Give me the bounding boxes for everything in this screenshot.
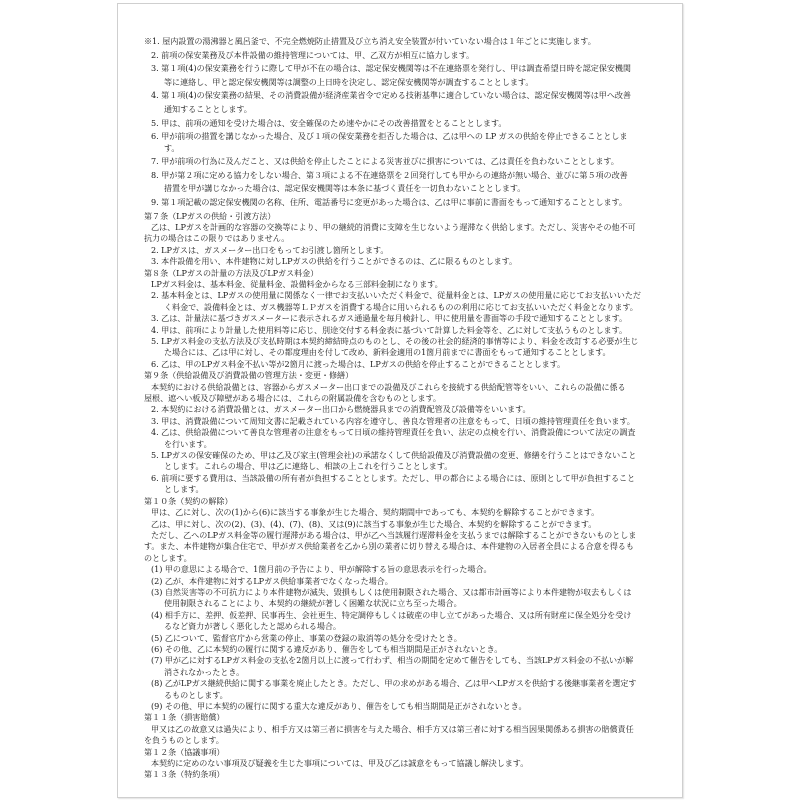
article-heading: 第１３条（特約条項） [144, 769, 666, 780]
text-line: 本契約に定めのない事項及び疑義を生じた事項については、甲及び乙は誠意をもって協議… [144, 758, 666, 769]
document-page: ※1. 屋内設置の湯沸器と風呂釜で、不完全燃焼防止措置及び立ち消え安全装置が付い… [117, 3, 683, 798]
text-line: 4. 乙は、供給設備について善良な管理者の注意をもって日頃の維持管理責任を負い、… [144, 427, 666, 438]
text-line: 4. 甲は、前項により計量した使用料等に応じ、別途交付する料金表に基づいて計算し… [144, 325, 666, 336]
article-heading: 第９条（供給設備及び消費設備の管理方法・変更・修繕） [144, 370, 666, 381]
text-line: 甲は、乙に対し、次の(1)から(6)に該当する事象が生じた場合、契約期間中であっ… [144, 507, 666, 518]
text-line: ただし、乙へのLPガス料金等の履行遅滞がある場合は、甲が乙へ当該履行遅滞料金を支… [144, 530, 666, 541]
text-line: 甲又は乙の故意又は過失により、相手方又は第三者に損害を与えた場合、相手方又は第三… [144, 724, 666, 735]
text-line: (3) 自然災害等の不可抗力により本件建物が滅失、毀損もしくは使用制限された場合… [144, 587, 666, 598]
article-heading: 第１０条（契約の解除） [144, 496, 666, 507]
text-line: (2) 乙が、本件建物に対するLPガス供給事業者でなくなった場合。 [144, 576, 666, 587]
text-line: 5. LPガスの保安確保のため、甲は乙及び家主(管理会社)の承諾なくして供給設備… [144, 450, 666, 461]
article-heading: 第１１条（損害賠償） [144, 712, 666, 723]
text-line: のとします。 [144, 553, 666, 564]
text-line: く料金で、設備料金とは、ガス機器等ＬＰガスを消費する場合に用いられるものの利用に… [144, 302, 666, 313]
text-line: 3. 本件設備を用い、本件建物に対しLPガスの供給を行うことができるのは、乙に限… [144, 256, 666, 267]
text-line: るものとします。 [144, 690, 666, 701]
text-line: 4. 第１項(4)の保安業務の結果、その消費設備が経済産業省令で定める技術基準に… [144, 90, 666, 101]
text-line: (1) 甲の意思による場合で、1箇月前の予告により、甲が解除する旨の意思表示を行… [144, 564, 666, 575]
contract-body-text: ※1. 屋内設置の湯沸器と風呂釜で、不完全燃焼防止措置及び立ち消え安全装置が付い… [144, 36, 666, 781]
text-line: 7. 甲が前項の行為に及んだこと、又は供給を停止したことによる災害並びに損害につ… [144, 156, 666, 167]
text-line: 使用制限されることにより、本契約の継続が著しく困難な状況に立ち至った場合。 [144, 598, 666, 609]
text-line: (9) その他、甲に本契約の履行に関する重大な違反があり、催告をしても相当期間是… [144, 701, 666, 712]
text-line: るなど資力が著しく悪化したと認められる場合。 [144, 621, 666, 632]
text-line: 6. 前項に要する費用は、当該設備の所有者が負担することとします。ただし、甲の都… [144, 473, 666, 484]
text-line: 2. 基本料金とは、LPガスの使用量に関係なく一律でお支払いいただく料金で、従量… [144, 290, 666, 301]
text-line: 8. 甲が第２項に定める協力をしない場合、第３項による不在連絡票を２回発行しても… [144, 170, 666, 181]
text-line: 抗力の場合はこの限りではありません。 [144, 233, 666, 244]
text-line: 消されなかったとき。 [144, 667, 666, 678]
text-line: す。 [144, 143, 666, 154]
text-line: 乙は、LPガスを計画的な容器の交換等により、甲の継続的消費に支障を生じないよう遅… [144, 222, 666, 233]
text-line: を行います。 [144, 439, 666, 450]
text-line: (8) 乙がLPガス継続供給に関する事業を廃止したとき。ただし、甲の求めがある場… [144, 678, 666, 689]
text-line: 乙は、甲に対し、次の(2)、(3)、(4)、(7)、(8)、又は(9)に該当する… [144, 519, 666, 530]
text-line: を負うものとします。 [144, 735, 666, 746]
text-line: (4) 相手方に、差押、仮差押、民事再生、会社更生、特定調停もしくは破産の申し立… [144, 610, 666, 621]
text-line: 9. 第１項記載の認定保安機関の名称、住所、電話番号に変更があった場合は、乙は甲… [144, 197, 666, 208]
text-line: とします。これらの場合、甲は乙に連絡し、相談の上これを行うこととします。 [144, 461, 666, 472]
text-line: 6. 甲が前項の措置を講じなかった場合、及び１項の保安業務を拒否した場合は、乙は… [144, 131, 666, 142]
text-line: 2. 前項の保安業務及び本件設備の維持管理については、甲、乙双方が相互に協力しま… [144, 50, 666, 61]
article-heading: 第７条（LPガスの供給・引渡方法） [144, 211, 666, 222]
text-line: 2. 本契約における消費設備とは、ガスメーター出口から燃焼器具までの消費配管及び… [144, 404, 666, 415]
text-line: LPガス料金は、基本料金、従量料金、設備料金からなる三部料金制になります。 [144, 279, 666, 290]
article-heading: 第８条（LPガスの計量の方法及びLPガス料金） [144, 268, 666, 279]
text-line: す。また、本件建物が集合住宅で、甲がガス供給業者を乙から別の業者に切り替える場合… [144, 541, 666, 552]
text-line: 3. 乙は、計量法に基づきガスメーターに表示されるガス通過量を毎月検針し、甲に使… [144, 313, 666, 324]
text-line: ※1. 屋内設置の湯沸器と風呂釜で、不完全燃焼防止措置及び立ち消え安全装置が付い… [144, 36, 666, 47]
text-line: 3. 第１項(4)の保安業務を行うに際して甲が不在の場合は、認定保安機関等は不在… [144, 63, 666, 74]
text-line: (6) その他、乙に本契約の履行に関する違反があり、催告をしても相当期間是正がさ… [144, 644, 666, 655]
text-line: 6. 乙は、甲のLPガス料金不払い等が2箇月に渡った場合は、LPガスの供給を停止… [144, 359, 666, 370]
text-line: 等に連絡し、甲と認定保安機関等は調整の上日時を決定し、認定保安機関等が調査するこ… [144, 77, 666, 88]
text-line: 3. 甲は、消費設備について周知文書に記載されている内容を遵守し、善良な管理者の… [144, 416, 666, 427]
text-line: (5) 乙について、監督官庁から営業の停止、事業の登録の取消等の処分を受けたとき… [144, 633, 666, 644]
text-line: 2. LPガスは、ガスメーター出口をもってお引渡し箇所とします。 [144, 245, 666, 256]
article-heading: 第１２条（協議事項） [144, 747, 666, 758]
text-line: 通知することとします。 [144, 104, 666, 115]
text-line: 5. LPガス料金の支払方法及び支払時期は本契約締結時点のものとし、その後の社会… [144, 336, 666, 347]
text-line: 措置を甲が講じなかった場合は、認定保安機関等は本条に基づく責任を一切負わないこと… [144, 183, 666, 194]
text-line: た場合には、乙は甲に対し、その都度理由を付して改め、新料金適用の1箇月前までに書… [144, 347, 666, 358]
text-line: 本契約における供給設備とは、容器からガスメーター出口までの設備及びこれらを接続す… [144, 382, 666, 393]
text-line: 5. 甲は、前項の通知を受けた場合は、安全確保のため速やかにその改善措置をとるこ… [144, 118, 666, 129]
text-line: (7) 甲が乙に対するLPガス料金の支払を2箇月以上に渡って行わず、相当の期間を… [144, 655, 666, 666]
text-line: とします。 [144, 484, 666, 495]
text-line: 屋根、遮へい板及び障壁がある場合には、これらの附属設備を含むものとします。 [144, 393, 666, 404]
